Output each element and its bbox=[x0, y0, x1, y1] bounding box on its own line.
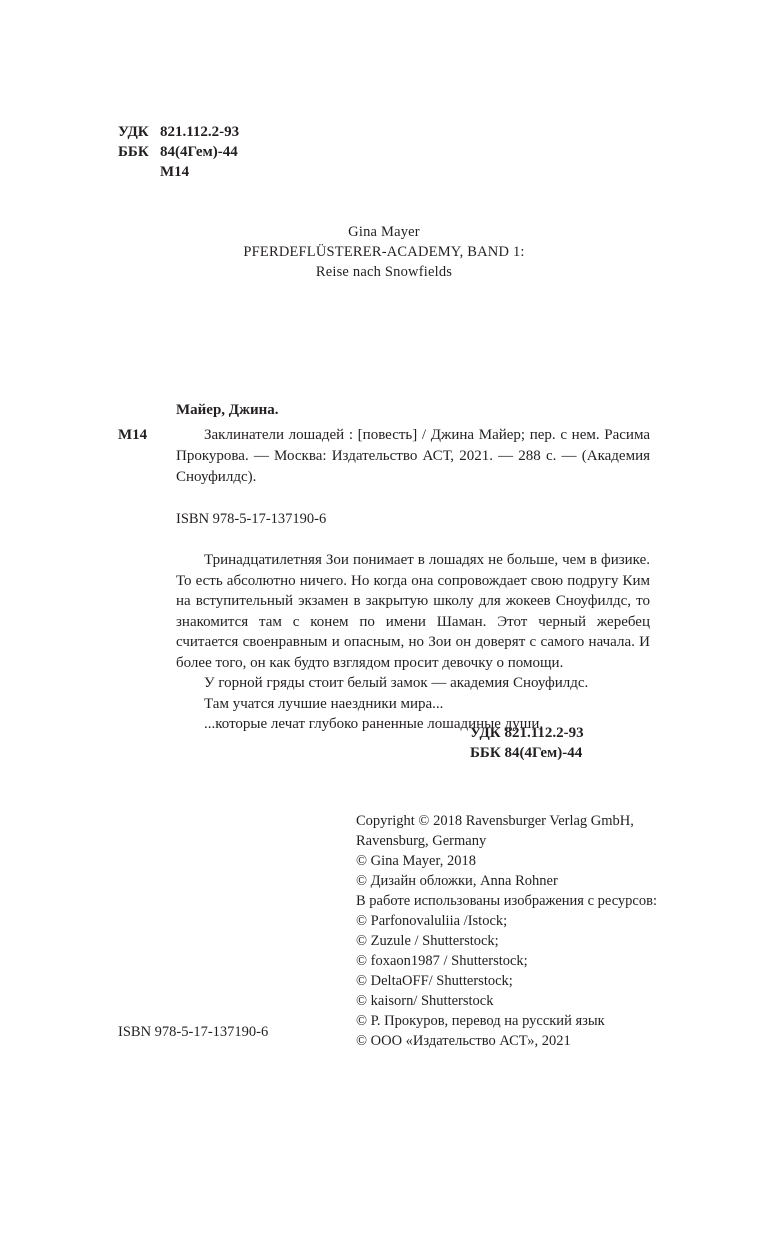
author-mark: М14 bbox=[160, 162, 189, 182]
copyright-line: © Gina Mayer, 2018 bbox=[356, 851, 657, 871]
original-author: Gina Mayer bbox=[0, 222, 768, 242]
classification-block-top: УДК 821.112.2-93 ББК 84(4Гем)-44 М14 bbox=[118, 122, 239, 182]
author-mark-row: М14 bbox=[118, 162, 239, 182]
annotation: Тринадцатилетняя Зои понимает в лошадях … bbox=[176, 550, 650, 735]
isbn-catalog: ISBN 978-5-17-137190-6 bbox=[176, 511, 326, 528]
copyright-line: © Parfonovaluliia /Istock; bbox=[356, 911, 657, 931]
udk-label: УДК bbox=[118, 122, 160, 142]
isbn-bottom: ISBN 978-5-17-137190-6 bbox=[118, 1024, 268, 1041]
original-series: PFERDEFLÜSTERER-ACADEMY, BAND 1: bbox=[0, 242, 768, 262]
bbk-bottom: ББК 84(4Гем)-44 bbox=[470, 743, 584, 763]
catalog-author-mark: М14 bbox=[118, 427, 147, 444]
copyright-line: Copyright © 2018 Ravensburger Verlag Gmb… bbox=[356, 811, 657, 831]
copyright-line: © ООО «Издательство АСТ», 2021 bbox=[356, 1031, 657, 1051]
annotation-paragraph: Тринадцатилетняя Зои понимает в лошадях … bbox=[176, 550, 650, 673]
udk-value: 821.112.2-93 bbox=[160, 122, 239, 142]
bbk-label: ББК bbox=[118, 142, 160, 162]
bbk-row: ББК 84(4Гем)-44 bbox=[118, 142, 239, 162]
annotation-tagline-1: У горной гряды стоит белый замок — акаде… bbox=[176, 673, 650, 694]
udk-bottom: УДК 821.112.2-93 bbox=[470, 723, 584, 743]
copyright-block: Copyright © 2018 Ravensburger Verlag Gmb… bbox=[356, 811, 657, 1051]
original-edition-block: Gina Mayer PFERDEFLÜSTERER-ACADEMY, BAND… bbox=[0, 222, 768, 282]
classification-block-bottom: УДК 821.112.2-93 ББК 84(4Гем)-44 bbox=[470, 723, 584, 763]
copyright-line: В работе использованы изображения с ресу… bbox=[356, 891, 657, 911]
bibliographic-description: Заклинатели лошадей : [повесть] / Джина … bbox=[176, 425, 650, 488]
copyright-line: Ravensburg, Germany bbox=[356, 831, 657, 851]
description-text: Заклинатели лошадей : [повесть] / Джина … bbox=[176, 425, 650, 488]
bbk-value: 84(4Гем)-44 bbox=[160, 142, 238, 162]
copyright-line: © Дизайн обложки, Anna Rohner bbox=[356, 871, 657, 891]
author-heading: Майер, Джина. bbox=[176, 402, 279, 419]
original-title: Reise nach Snowfields bbox=[0, 262, 768, 282]
udk-row: УДК 821.112.2-93 bbox=[118, 122, 239, 142]
copyright-line: © Zuzule / Shutterstock; bbox=[356, 931, 657, 951]
copyright-line: © Р. Прокуров, перевод на русский язык bbox=[356, 1011, 657, 1031]
annotation-tagline-2: Там учатся лучшие наездники мира... bbox=[176, 694, 650, 715]
copyright-line: © kaisorn/ Shutterstock bbox=[356, 991, 657, 1011]
copyright-line: © foxaon1987 / Shutterstock; bbox=[356, 951, 657, 971]
copyright-line: © DeltaOFF/ Shutterstock; bbox=[356, 971, 657, 991]
